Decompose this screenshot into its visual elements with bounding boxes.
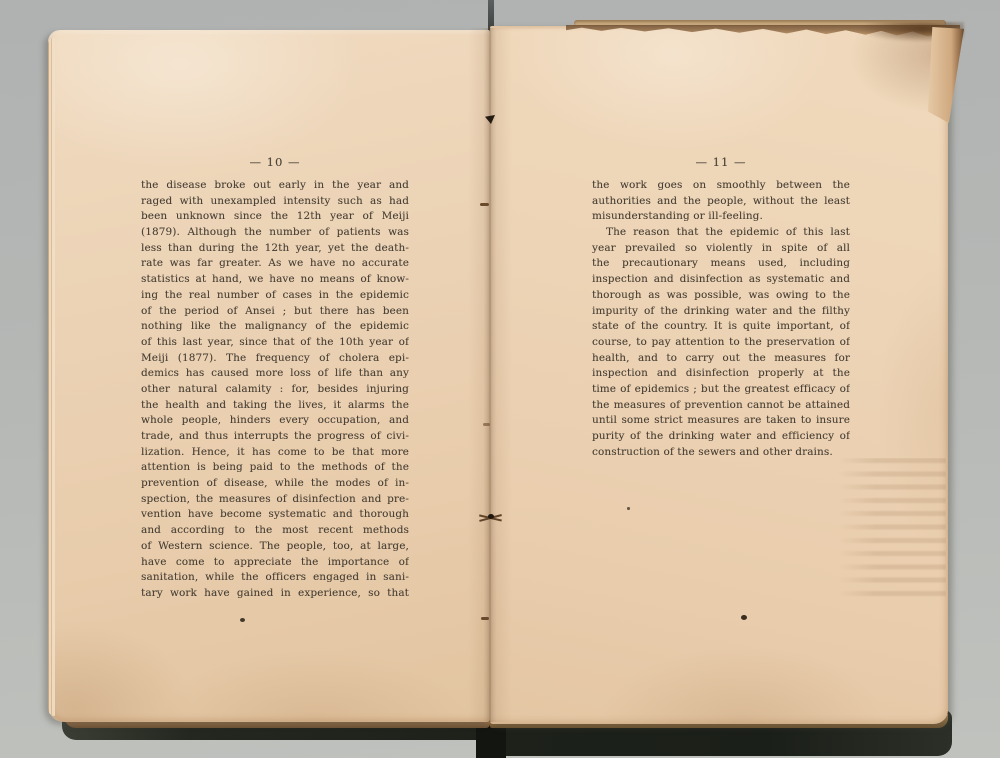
text-line: thorough as was possible, was owing to t… — [592, 288, 850, 304]
page-10-text-block: the disease broke out early in the year … — [141, 178, 409, 602]
ink-dot-page-10 — [240, 618, 245, 622]
text-line: the measures of prevention cannot be att… — [592, 398, 850, 414]
text-line: state of the country. It is quite import… — [592, 319, 850, 335]
text-line: (1879). Although the number of patients … — [141, 225, 409, 241]
spine-crease — [468, 28, 512, 722]
text-line: and according to the most recent methods — [141, 523, 409, 539]
text-line: of Western science. The people, too, at … — [141, 539, 409, 555]
text-line: less than during the 12th year, yet the … — [141, 241, 409, 257]
text-line: other natural calamity : for, besides in… — [141, 382, 409, 398]
text-line: of the period of Ansei ; but there has b… — [141, 304, 409, 320]
text-line: lization. Hence, it has come to be that … — [141, 445, 409, 461]
text-line: The reason that the epidemic of this las… — [592, 225, 850, 241]
page-number-header-11: — 11 — — [592, 155, 850, 169]
text-line: year prevailed so violently in spite of … — [592, 241, 850, 257]
text-line: attention is being paid to the methods o… — [141, 460, 409, 476]
text-line: time of epidemics ; but the greatest eff… — [592, 382, 850, 398]
text-line: course, to pay attention to the preserva… — [592, 335, 850, 351]
stitch-mark — [481, 617, 489, 620]
text-line: until some strict measures are taken to … — [592, 413, 850, 429]
show-through-text — [838, 458, 946, 598]
text-line: prevention of disease, while the modes o… — [141, 476, 409, 492]
text-line: demics has caused more loss of life than… — [141, 366, 409, 382]
text-line: Meiji (1877). The frequency of cholera e… — [141, 351, 409, 367]
text-line: ing the real number of cases in the epid… — [141, 288, 409, 304]
stitch-mark — [480, 203, 489, 206]
text-line: authorities and the people, without the … — [592, 194, 850, 210]
text-line: construction of the sewers and other dra… — [592, 445, 850, 461]
text-line: spection, the measures of disinfection a… — [141, 492, 409, 508]
text-line: trade, and thus interrupts the progress … — [141, 429, 409, 445]
text-line: health, and to carry out the measures fo… — [592, 351, 850, 367]
text-line: sanitation, while the officers engaged i… — [141, 570, 409, 586]
text-line: vention have become systematic and thoro… — [141, 507, 409, 523]
text-line: rate was far greater. As we have no accu… — [141, 256, 409, 272]
text-line: raged with unexampled intensity such as … — [141, 194, 409, 210]
binding-hole — [488, 514, 494, 519]
stitch-mark — [483, 423, 490, 426]
text-line: tary work have gained in experience, so … — [141, 586, 409, 602]
text-line: purity of the drinking water and efficie… — [592, 429, 850, 445]
text-line: nothing like the malignancy of the epide… — [141, 319, 409, 335]
text-line: impurity of the drinking water and the f… — [592, 304, 850, 320]
page-number-header-10: — 10 — — [141, 155, 409, 169]
text-line: been unknown since the 12th year of Meij… — [141, 209, 409, 225]
text-line: misunderstanding or ill-feeling. — [592, 209, 850, 225]
text-line: inspection and disinfection as systemati… — [592, 272, 850, 288]
ink-speck — [627, 507, 630, 510]
text-line: the precautionary means used, including — [592, 256, 850, 272]
text-line: statistics at hand, we have no means of … — [141, 272, 409, 288]
page-11-text-block: the work goes on smoothly between the au… — [592, 178, 850, 460]
text-line: the work goes on smoothly between the — [592, 178, 850, 194]
text-line: inspection and disinfection properly at … — [592, 366, 850, 382]
text-line: have come to appreciate the importance o… — [141, 555, 409, 571]
book-photo-scene: — 10 — the disease broke out early in th… — [0, 0, 1000, 758]
ink-dot-page-11 — [741, 615, 747, 620]
text-line: the health and taking the lives, it alar… — [141, 398, 409, 414]
text-line: whole people, hinders every occupation, … — [141, 413, 409, 429]
text-line: of this last year, since that of the 10t… — [141, 335, 409, 351]
worn-top-right-corner — [928, 27, 964, 123]
text-line: the disease broke out early in the year … — [141, 178, 409, 194]
